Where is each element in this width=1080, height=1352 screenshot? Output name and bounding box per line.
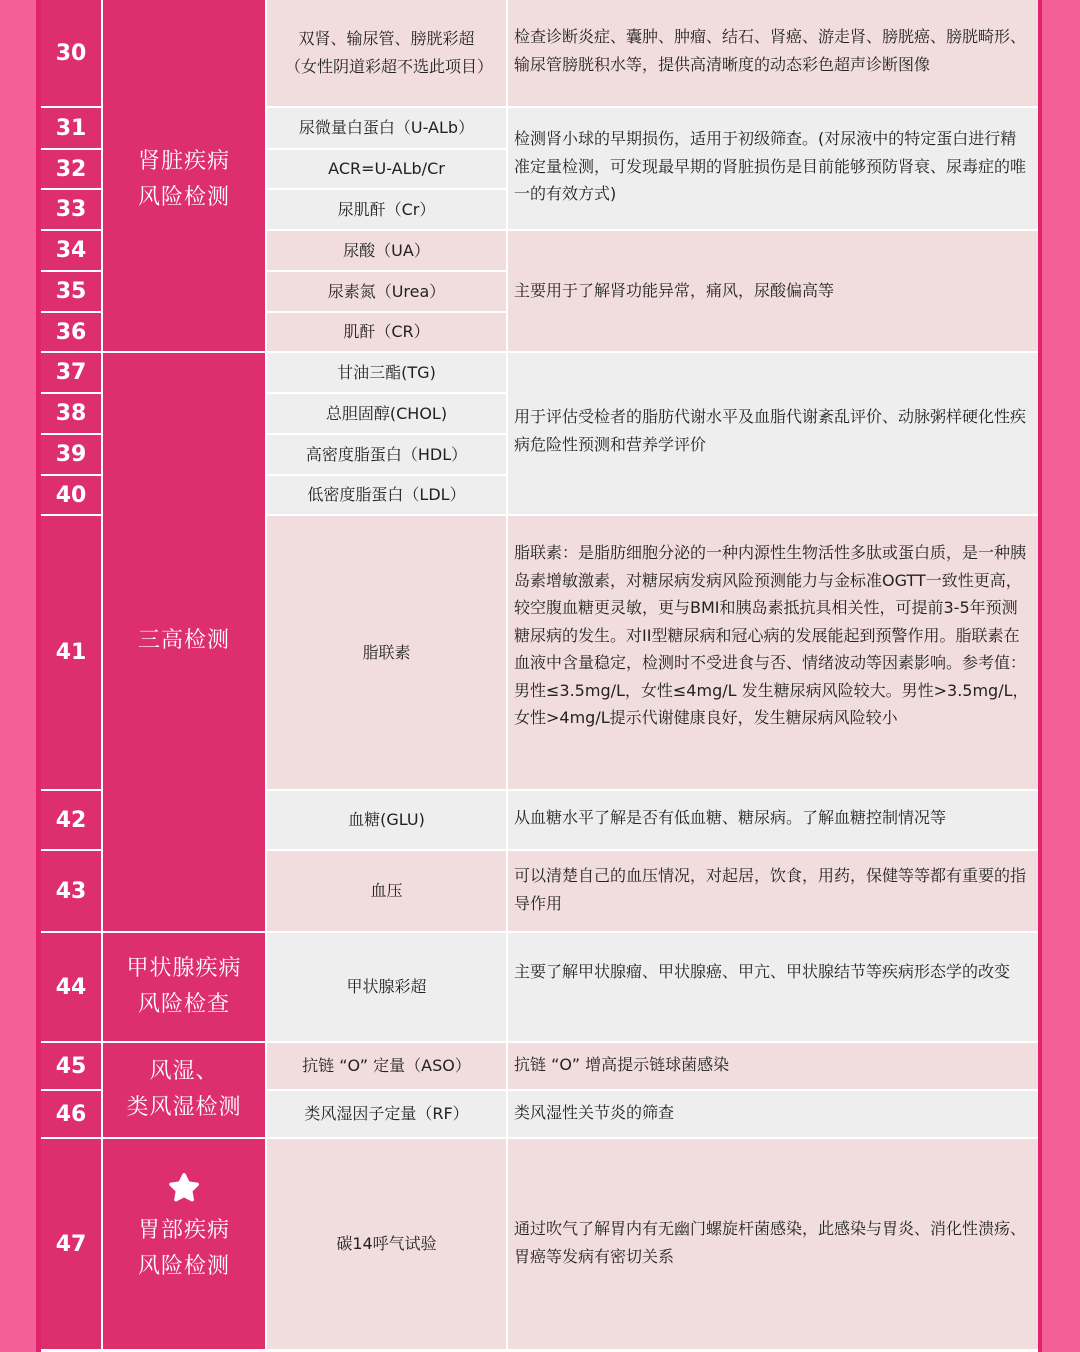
- row-number: 30: [41, 0, 101, 106]
- test-item: 肌酐（CR）: [267, 313, 506, 351]
- row-number: 31: [41, 108, 101, 148]
- test-item: 尿酸（UA）: [267, 231, 506, 270]
- row-number: 44: [41, 933, 101, 1041]
- category-three-highs: 三高检测: [103, 353, 265, 931]
- description: 主要了解甲状腺瘤、甲状腺癌、甲亢、甲状腺结节等疾病形态学的改变: [508, 933, 1038, 1041]
- description-text: 从血糖水平了解是否有低血糖、糖尿病。了解血糖控制情况等: [514, 804, 1032, 832]
- description: 主要用于了解肾功能异常，痛风，尿酸偏高等: [508, 231, 1038, 351]
- row-number: 35: [41, 272, 101, 311]
- description: 通过吹气了解胃内有无幽门螺旋杆菌感染，此感染与胃炎、消化性溃疡、胃癌等发病有密切…: [508, 1139, 1038, 1349]
- row-number: 37: [41, 353, 101, 392]
- description-text: 检测肾小球的早期损伤，适用于初级筛查。(对尿液中的特定蛋白进行精准定量检测，可发…: [514, 125, 1032, 208]
- description-text: 可以清楚自己的血压情况，对起居，饮食，用药，保健等等都有重要的指导作用: [514, 862, 1032, 917]
- test-item: 脂联素: [267, 516, 506, 789]
- row-number: 38: [41, 394, 101, 433]
- description-text: 用于评估受检者的脂肪代谢水平及血脂代谢紊乱评价、动脉粥样硬化性疾病危险性预测和营…: [514, 403, 1032, 458]
- row-number: 39: [41, 435, 101, 474]
- description-text: 主要用于了解肾功能异常，痛风，尿酸偏高等: [514, 277, 1032, 305]
- row-number: 32: [41, 150, 101, 188]
- row-number: 34: [41, 231, 101, 270]
- description: 抗链 “O” 增高提示链球菌感染: [508, 1043, 1038, 1089]
- test-item: 尿微量白蛋白（U-ALb）: [267, 108, 506, 148]
- row-number: 36: [41, 313, 101, 351]
- category-label: 风险检查: [138, 987, 230, 1023]
- test-item: 血压: [267, 851, 506, 931]
- row-number: 45: [41, 1043, 101, 1089]
- row-number: 33: [41, 190, 101, 229]
- star-icon: [165, 1169, 203, 1207]
- description: 从血糖水平了解是否有低血糖、糖尿病。了解血糖控制情况等: [508, 791, 1038, 849]
- description-text: 抗链 “O” 增高提示链球菌感染: [514, 1051, 1032, 1079]
- description: 脂联素：是脂肪细胞分泌的一种内源性生物活性多肽或蛋白质，是一种胰岛素增敏激素，对…: [508, 516, 1038, 789]
- test-item: 碳14呼气试验: [267, 1139, 506, 1349]
- test-item: 低密度脂蛋白（LDL）: [267, 476, 506, 514]
- description: 检测肾小球的早期损伤，适用于初级筛查。(对尿液中的特定蛋白进行精准定量检测，可发…: [508, 108, 1038, 229]
- row-number: 42: [41, 791, 101, 849]
- category-label: 风湿、: [149, 1054, 218, 1090]
- description-text: 通过吹气了解胃内有无幽门螺旋杆菌感染，此感染与胃炎、消化性溃疡、胃癌等发病有密切…: [514, 1215, 1032, 1270]
- description-text: 类风湿性关节炎的筛查: [514, 1099, 1032, 1127]
- health-check-table: 30 31 32 33 34 35 36 37 38 39 40 41 42 4…: [41, 0, 1038, 1352]
- test-item: 总胆固醇(CHOL): [267, 394, 506, 433]
- test-item: 双肾、输尿管、膀胱彩超（女性阴道彩超不选此项目）: [267, 0, 506, 106]
- description-text: 检查诊断炎症、囊肿、肿瘤、结石、肾癌、游走肾、膀胱癌、膀胱畸形、输尿管膀胱积水等…: [514, 23, 1032, 78]
- row-number: 46: [41, 1091, 101, 1137]
- row-number: 43: [41, 851, 101, 931]
- description: 类风湿性关节炎的筛查: [508, 1091, 1038, 1137]
- test-item: 高密度脂蛋白（HDL）: [267, 435, 506, 474]
- description: 用于评估受检者的脂肪代谢水平及血脂代谢紊乱评价、动脉粥样硬化性疾病危险性预测和营…: [508, 353, 1038, 514]
- test-item: 类风湿因子定量（RF）: [267, 1091, 506, 1137]
- category-kidney: 肾脏疾病 风险检测: [103, 0, 265, 351]
- test-item: ACR=U-ALb/Cr: [267, 150, 506, 188]
- test-item: 甘油三酯(TG): [267, 353, 506, 392]
- description: 可以清楚自己的血压情况，对起居，饮食，用药，保健等等都有重要的指导作用: [508, 851, 1038, 931]
- category-label: 风险检测: [138, 1249, 230, 1285]
- category-label: 胃部疾病: [138, 1213, 230, 1249]
- test-item: 抗链 “O” 定量（ASO）: [267, 1043, 506, 1089]
- category-label: 甲状腺疾病: [126, 951, 241, 987]
- description: 检查诊断炎症、囊肿、肿瘤、结石、肾癌、游走肾、膀胱癌、膀胱畸形、输尿管膀胱积水等…: [508, 0, 1038, 106]
- category-label: 肾脏疾病: [138, 144, 230, 180]
- test-item: 尿肌酐（Cr）: [267, 190, 506, 229]
- row-number: 47: [41, 1139, 101, 1349]
- test-item: 尿素氮（Urea）: [267, 272, 506, 311]
- category-thyroid: 甲状腺疾病 风险检查: [103, 933, 265, 1041]
- category-label: 三高检测: [138, 623, 230, 659]
- test-item: 血糖(GLU): [267, 791, 506, 849]
- description-text: 主要了解甲状腺瘤、甲状腺癌、甲亢、甲状腺结节等疾病形态学的改变: [514, 958, 1032, 986]
- category-stomach: 胃部疾病 风险检测: [103, 1139, 265, 1349]
- category-label: 风险检测: [138, 180, 230, 216]
- test-item: 甲状腺彩超: [267, 933, 506, 1041]
- category-rheumatism: 风湿、 类风湿检测: [103, 1043, 265, 1137]
- category-label: 类风湿检测: [126, 1090, 241, 1126]
- description-text: 脂联素：是脂肪细胞分泌的一种内源性生物活性多肽或蛋白质，是一种胰岛素增敏激素，对…: [514, 539, 1032, 732]
- row-number: 40: [41, 476, 101, 514]
- row-number: 41: [41, 516, 101, 789]
